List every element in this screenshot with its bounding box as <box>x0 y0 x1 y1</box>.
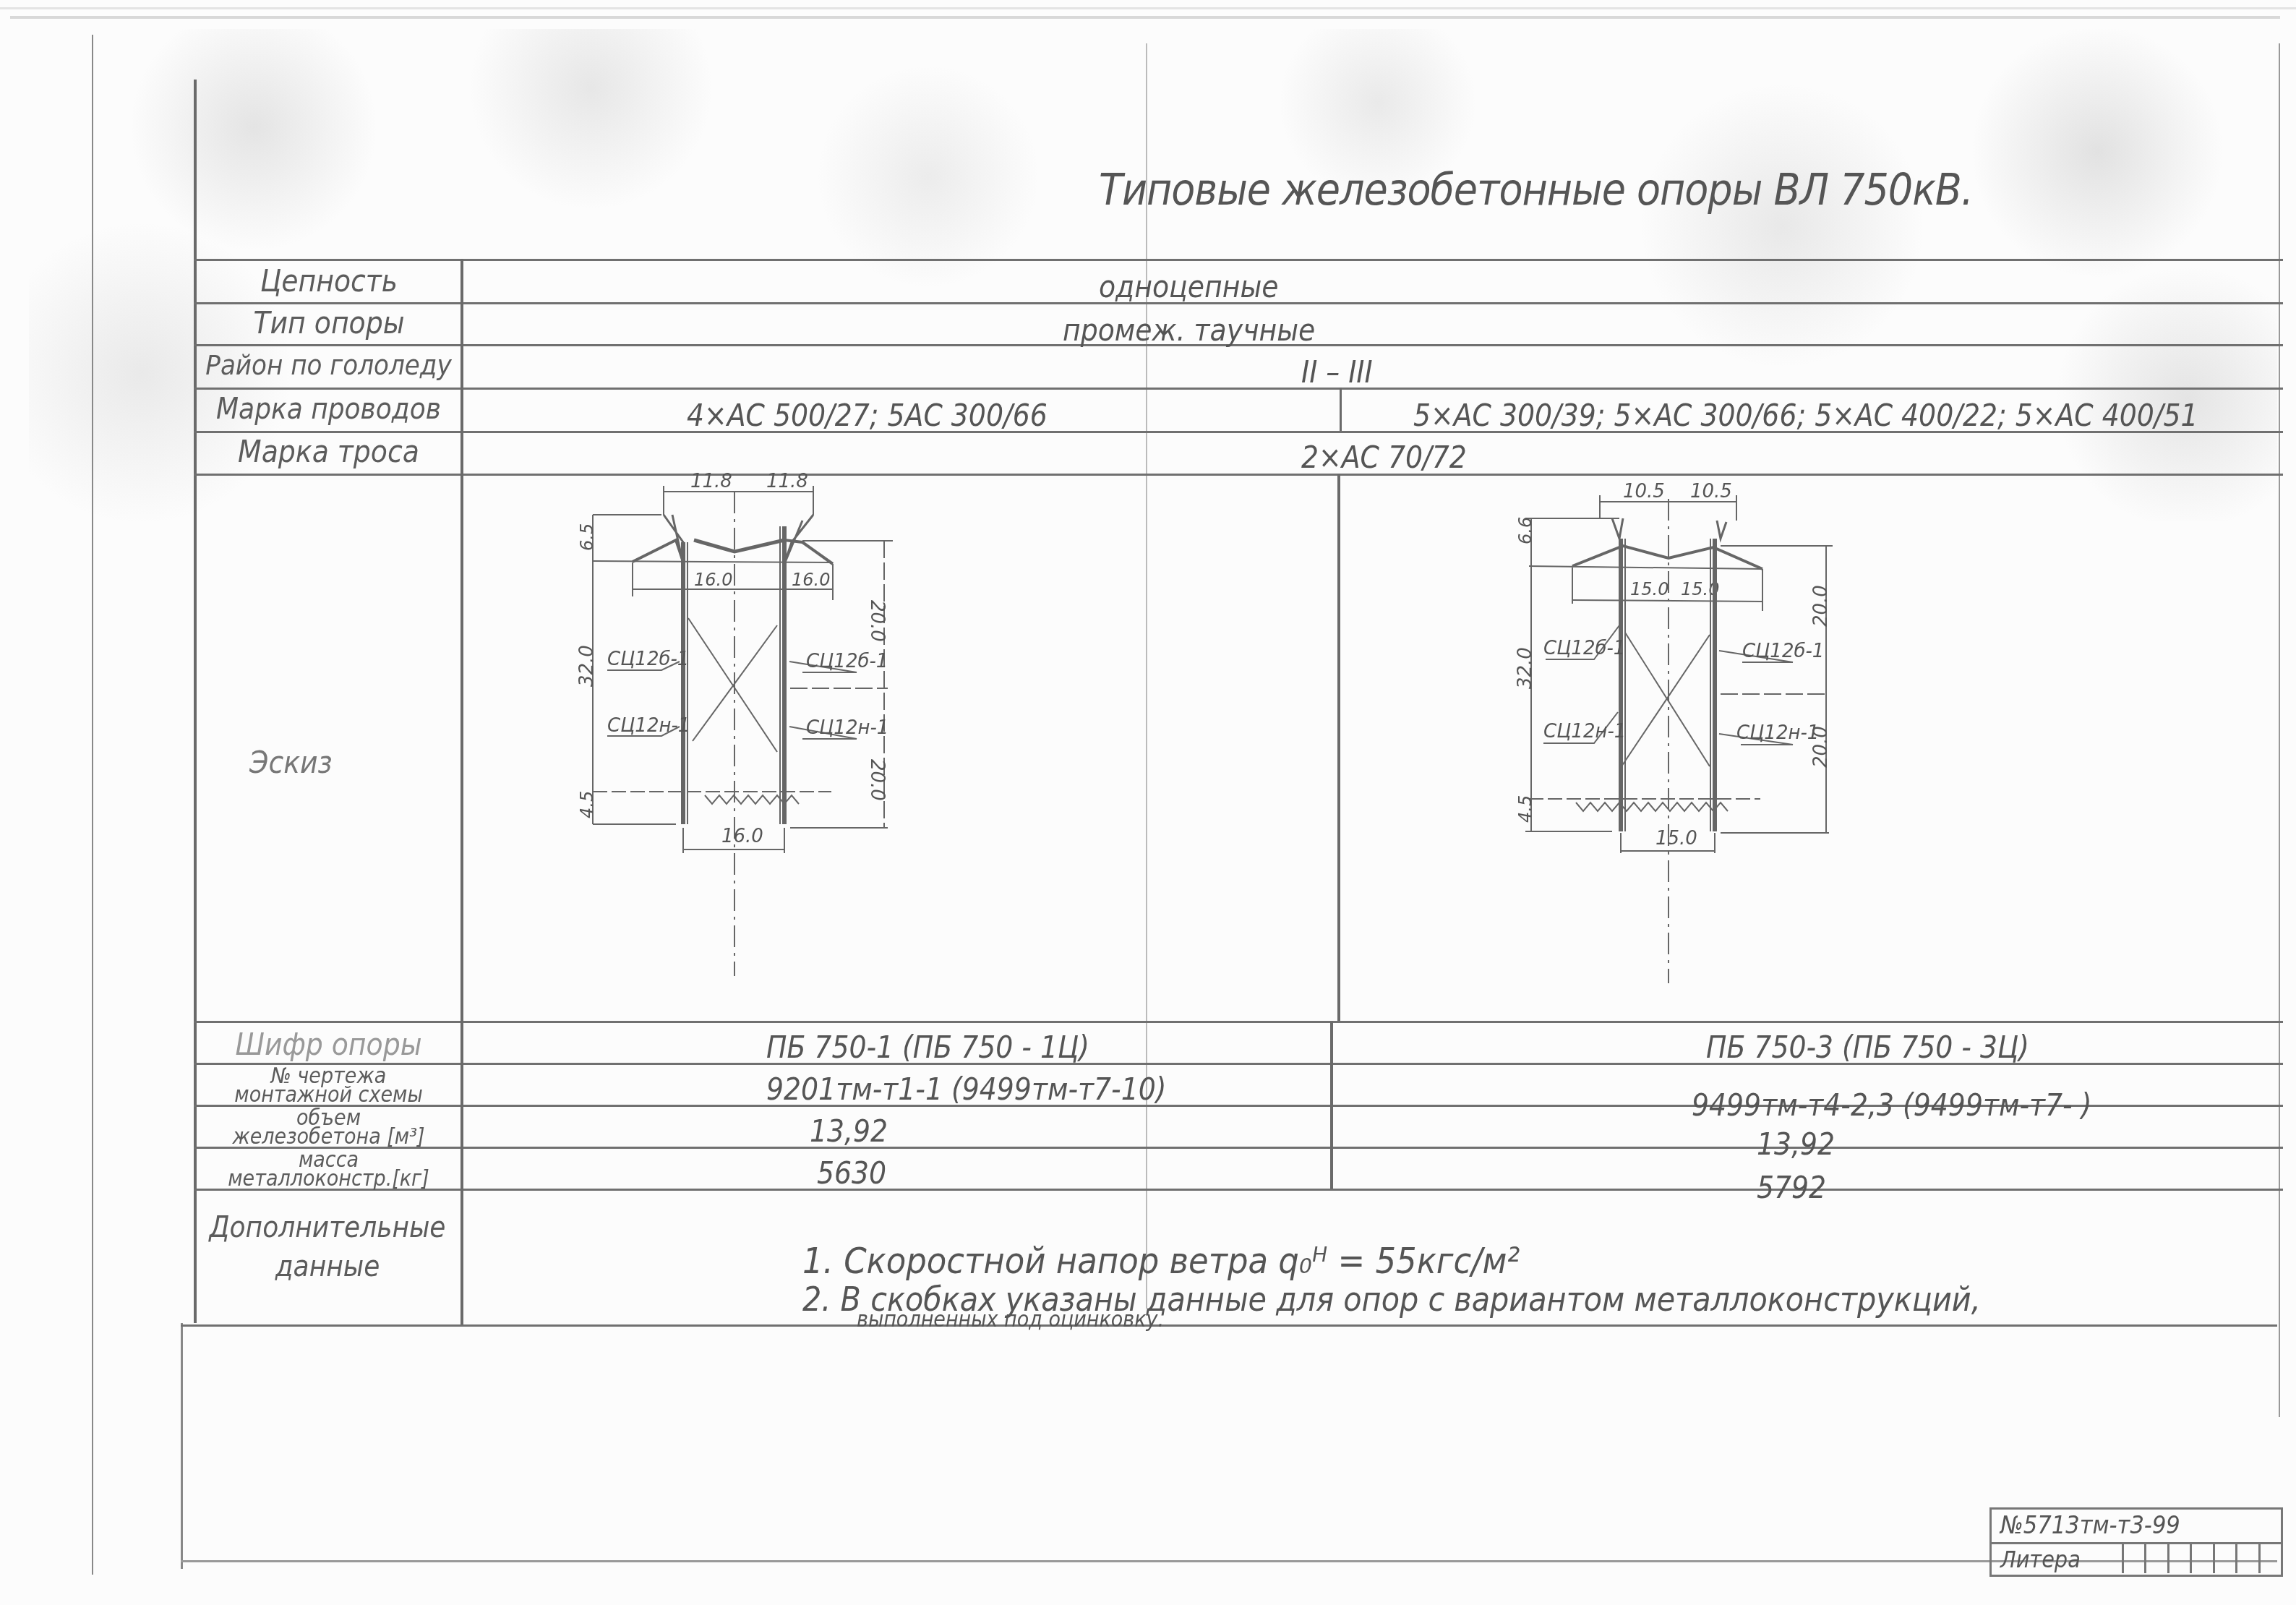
row-label-ground-wire: Марка троса <box>197 437 461 467</box>
table-line <box>194 474 2283 476</box>
spec-drawing-right: 9499тм-т4-2,3 (9499тм-т7- ) <box>1692 1087 2092 1123</box>
variant-divider-sketch <box>1337 474 1340 1021</box>
dim-upper-right: 20.0 <box>866 600 888 642</box>
dim-base: 16.0 <box>721 826 763 847</box>
dim-ground: 4.5 <box>1515 795 1535 823</box>
additional-label-1: Дополнительные <box>194 1213 461 1242</box>
spec-drawing-left: 9201тм-т1-1 (9499тм-т7-10) <box>766 1071 1167 1107</box>
frame-left-lower <box>181 1323 183 1569</box>
spec-volume-left: 13,92 <box>810 1113 888 1149</box>
scan-edge-line <box>10 16 2280 19</box>
dim-top-left: 10.5 <box>1623 481 1665 502</box>
dim-upper-right: 20.0 <box>1810 585 1832 627</box>
sketch-label: Эскиз <box>249 745 333 780</box>
title-stamp: №5713тм-т3-99 Литера <box>1989 1507 2283 1577</box>
frame-bottom <box>181 1560 2277 1562</box>
litera-boxes <box>2122 1544 2281 1573</box>
row-label-ice-region: Район по гололеду <box>197 351 461 379</box>
callout-upper-left: СЦ12б-1 <box>607 649 689 670</box>
spec-mass-right: 5792 <box>1757 1170 1826 1205</box>
variant-divider-wires <box>1340 388 1342 431</box>
row-label-tower-type: Тип опоры <box>202 308 455 338</box>
variant-divider-specs <box>1330 1021 1333 1189</box>
table-line <box>194 1189 2283 1191</box>
outer-border-left <box>92 35 93 1575</box>
dim-crossarm-left: 15.0 <box>1630 579 1669 599</box>
value-tower-type: промеж. таучные <box>1063 312 1315 348</box>
dim-total-height: 32.0 <box>576 645 598 687</box>
spec-label-concrete-volume-2: железобетона [м³] <box>197 1126 461 1148</box>
callout-upper-right: СЦ12б-1 <box>806 651 888 672</box>
spec-mass-left: 5630 <box>817 1155 886 1191</box>
value-conductor-right: 5×АС 300/39; 5×АС 300/66; 5×АС 400/22; 5… <box>1413 398 2198 433</box>
tower-sketch-right: 10.5 10.5 15.0 15.0 6.6 32.0 4.5 20.0 20… <box>1504 477 2140 1027</box>
row-label-conductor-grade: Марка проводов <box>197 395 461 424</box>
dim-top-right: 11.8 <box>766 471 808 492</box>
table-line <box>181 1324 2277 1327</box>
value-ice-region: II – III <box>1301 354 1373 390</box>
stamp-litera-label: Литера <box>2000 1546 2081 1573</box>
dim-base: 15.0 <box>1655 828 1697 849</box>
spec-label-steel-mass-2: металлоконстр.[кг] <box>197 1168 461 1190</box>
spec-tower-code-left: ПБ 750-1 (ПБ 750 - 1Ц) <box>766 1030 1089 1065</box>
callout-lower-right: СЦ12н-1 <box>1736 722 1819 744</box>
label-column-divider <box>461 259 463 1324</box>
dim-ground: 4.5 <box>577 791 597 818</box>
dim-top-height: 6.6 <box>1515 517 1535 544</box>
value-conductor-left: 4×АС 500/27; 5АС 300/66 <box>687 398 1048 433</box>
callout-upper-right: СЦ12б-1 <box>1742 641 1824 662</box>
dim-top-height: 6.5 <box>577 523 597 551</box>
table-line <box>194 259 2283 261</box>
dim-lower-right: 20.0 <box>866 759 888 801</box>
callout-lower-left: СЦ12н-1 <box>607 715 690 737</box>
additional-label-2: данные <box>194 1252 461 1281</box>
value-circuits: одноцепные <box>1099 269 1279 304</box>
spec-label-drawing-no-2: монтажной схемы <box>197 1084 461 1106</box>
dim-crossarm-right: 16.0 <box>792 570 830 590</box>
scan-edge-top <box>0 7 2296 9</box>
dim-top-left: 11.8 <box>690 471 732 492</box>
spec-tower-code-right: ПБ 750-3 (ПБ 750 - 3Ц) <box>1706 1030 2029 1065</box>
tower-sketch-left: 11.8 11.8 16.0 16.0 6.5 32.0 4.5 20.0 20… <box>564 470 1215 1019</box>
callout-lower-left: СЦ12н-1 <box>1543 721 1626 742</box>
row-label-circuits: Цепность <box>202 266 455 296</box>
dim-top-right: 10.5 <box>1690 481 1732 502</box>
stamp-doc-number: №5713тм-т3-99 <box>2000 1511 2180 1540</box>
note-brackets-cont: выполненных под оцинковку. <box>857 1307 1164 1332</box>
value-ground-wire: 2×АС 70/72 <box>1301 440 1467 475</box>
frame-right <box>2279 43 2280 1417</box>
spec-volume-right: 13,92 <box>1757 1126 1835 1162</box>
note-wind-pressure: 1. Скоростной напор ветра q₀ᴴ = 55кгс/м² <box>802 1240 1520 1282</box>
document-title: Типовые железобетонные опоры ВЛ 750кВ. <box>1099 165 1973 215</box>
table-line <box>194 388 2283 390</box>
spec-label-tower-code: Шифр опоры <box>197 1030 461 1060</box>
dim-total-height: 32.0 <box>1515 647 1536 689</box>
dim-crossarm-left: 16.0 <box>694 570 732 590</box>
callout-lower-right: СЦ12н-1 <box>806 717 888 739</box>
table-line <box>194 1147 2283 1149</box>
callout-upper-left: СЦ12б-1 <box>1543 638 1625 659</box>
